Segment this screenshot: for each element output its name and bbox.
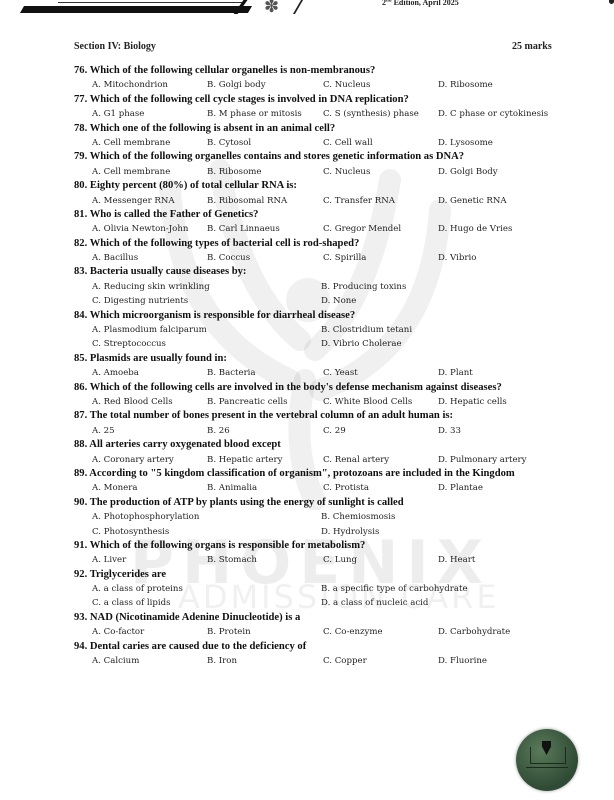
answer-option: B. Cytosol	[207, 136, 323, 150]
question-stem: 87. The total number of bones present in…	[74, 409, 574, 423]
answer-option: B. Ribosome	[207, 165, 323, 179]
answer-options: A. 25B. 26C. 29D. 33	[74, 424, 574, 438]
answer-option: C. Nucleus	[323, 78, 438, 92]
question-stem: 90. The production of ATP by plants usin…	[74, 496, 574, 510]
answer-option: B. Stomach	[207, 553, 323, 567]
header-banner-bar	[20, 6, 252, 13]
answer-option: D. Fluorine	[438, 654, 553, 668]
question-stem: 76. Which of the following cellular orga…	[74, 64, 574, 78]
answer-options: A. Olivia Newton-JohnB. Carl LinnaeusC. …	[74, 222, 574, 236]
answer-option: B. Coccus	[207, 251, 323, 265]
question-stem: 77. Which of the following cell cycle st…	[74, 93, 574, 107]
answer-options: A. G1 phaseB. M phase or mitosisC. S (sy…	[74, 107, 574, 121]
answer-options: A. AmoebaB. BacteriaC. YeastD. Plant	[74, 366, 574, 380]
answer-option: D. Pulmonary artery	[438, 453, 553, 467]
badge-caption	[526, 767, 568, 768]
answer-option: B. M phase or mitosis	[207, 107, 323, 121]
question-stem: 83. Bacteria usually cause diseases by:	[74, 265, 574, 279]
answer-options: A. Reducing skin wrinklingB. Producing t…	[74, 280, 574, 309]
answer-option: A. Amoeba	[92, 366, 207, 380]
edition-label: 2nd Edition, April 2025	[382, 0, 459, 7]
answer-option: C. S (synthesis) phase	[323, 107, 438, 121]
answer-option: C. Streptococcus	[92, 337, 321, 351]
answer-option: D. Golgi Body	[438, 165, 553, 179]
question-stem: 93. NAD (Nicotinamide Adenine Dinucleoti…	[74, 611, 574, 625]
answer-option: D. Heart	[438, 553, 553, 567]
question-stem: 85. Plasmids are usually found in:	[74, 352, 574, 366]
question-item: 90. The production of ATP by plants usin…	[74, 496, 574, 539]
answer-option: D. a class of nucleic acid	[321, 596, 550, 610]
answer-option: D. Vibrio Cholerae	[321, 337, 550, 351]
phoenix-logo-icon: ✽	[264, 0, 279, 17]
question-item: 89. According to "5 kingdom classificati…	[74, 467, 574, 496]
question-item: 84. Which microorganism is responsible f…	[74, 309, 574, 352]
answer-option: B. Iron	[207, 654, 323, 668]
answer-option: B. Bacteria	[207, 366, 323, 380]
question-item: 86. Which of the following cells are inv…	[74, 381, 574, 410]
answer-option: A. a class of proteins	[92, 582, 321, 596]
question-stem: 80. Eighty percent (80%) of total cellul…	[74, 179, 574, 193]
question-stem: 88. All arteries carry oxygenated blood …	[74, 438, 574, 452]
question-stem: 78. Which one of the following is absent…	[74, 122, 574, 136]
answer-option: C. Copper	[323, 654, 438, 668]
question-list: 76. Which of the following cellular orga…	[74, 64, 574, 668]
answer-option: B. Hepatic artery	[207, 453, 323, 467]
admission-care-badge	[516, 729, 578, 791]
answer-options: A. Red Blood CellsB. Pancreatic cellsC. …	[74, 395, 574, 409]
answer-options: A. MoneraB. AnimaliaC. ProtistaD. Planta…	[74, 481, 574, 495]
answer-option: D. Hepatic cells	[438, 395, 553, 409]
question-stem: 82. Which of the following types of bact…	[74, 237, 574, 251]
answer-option: B. Clostridium tetani	[321, 323, 550, 337]
answer-option: D. Hydrolysis	[321, 525, 550, 539]
answer-option: A. Monera	[92, 481, 207, 495]
question-stem: 92. Triglycerides are	[74, 568, 574, 582]
question-stem: 81. Who is called the Father of Genetics…	[74, 208, 574, 222]
question-item: 91. Which of the following organs is res…	[74, 539, 574, 568]
answer-option: D. Carbohydrate	[438, 625, 553, 639]
question-item: 94. Dental caries are caused due to the …	[74, 640, 574, 669]
answer-option: B. Carl Linnaeus	[207, 222, 323, 236]
answer-option: D. None	[321, 294, 550, 308]
answer-option: D. Hugo de Vries	[438, 222, 553, 236]
answer-option: A. Co-factor	[92, 625, 207, 639]
question-stem: 79. Which of the following organelles co…	[74, 150, 574, 164]
answer-option: C. Nucleus	[323, 165, 438, 179]
answer-option: A. Reducing skin wrinkling	[92, 280, 321, 294]
answer-option: C. Spirilla	[323, 251, 438, 265]
answer-option: B. a specific type of carbohydrate	[321, 582, 550, 596]
answer-option: B. Chemiosmosis	[321, 510, 550, 524]
question-stem: 86. Which of the following cells are inv…	[74, 381, 574, 395]
answer-option: A. Messenger RNA	[92, 194, 207, 208]
answer-options: A. CalciumB. IronC. CopperD. Fluorine	[74, 654, 574, 668]
answer-option: C. Yeast	[323, 366, 438, 380]
answer-option: A. Liver	[92, 553, 207, 567]
answer-option: B. 26	[207, 424, 323, 438]
answer-option: A. 25	[92, 424, 207, 438]
answer-option: C. Co-enzyme	[323, 625, 438, 639]
question-item: 93. NAD (Nicotinamide Adenine Dinucleoti…	[74, 611, 574, 640]
question-item: 79. Which of the following organelles co…	[74, 150, 574, 179]
answer-option: A. Olivia Newton-John	[92, 222, 207, 236]
answer-option: B. Golgi body	[207, 78, 323, 92]
answer-options: A. PhotophosphorylationB. ChemiosmosisC.…	[74, 510, 574, 539]
answer-option: D. C phase or cytokinesis	[438, 107, 553, 121]
answer-option: A. Calcium	[92, 654, 207, 668]
answer-option: C. Digesting nutrients	[92, 294, 321, 308]
question-stem: 91. Which of the following organs is res…	[74, 539, 574, 553]
answer-options: A. a class of proteinsB. a specific type…	[74, 582, 574, 611]
question-item: 92. Triglycerides areA. a class of prote…	[74, 568, 574, 611]
answer-options: A. Messenger RNAB. Ribosomal RNAC. Trans…	[74, 194, 574, 208]
answer-option: B. Ribosomal RNA	[207, 194, 323, 208]
answer-option: C. Renal artery	[323, 453, 438, 467]
question-item: 80. Eighty percent (80%) of total cellul…	[74, 179, 574, 208]
edition-date: Edition, April 2025	[392, 0, 459, 7]
answer-option: C. a class of lipids	[92, 596, 321, 610]
answer-option: C. White Blood Cells	[323, 395, 438, 409]
answer-option: C. Cell wall	[323, 136, 438, 150]
answer-options: A. Cell membraneB. CytosolC. Cell wallD.…	[74, 136, 574, 150]
answer-option: A. Red Blood Cells	[92, 395, 207, 409]
answer-options: A. BacillusB. CoccusC. SpirillaD. Vibrio	[74, 251, 574, 265]
answer-option: C. Photosynthesis	[92, 525, 321, 539]
answer-option: B. Animalia	[207, 481, 323, 495]
answer-option: D. Ribosome	[438, 78, 553, 92]
answer-option: D. Genetic RNA	[438, 194, 553, 208]
answer-options: A. Coronary arteryB. Hepatic arteryC. Re…	[74, 453, 574, 467]
question-item: 76. Which of the following cellular orga…	[74, 64, 574, 93]
section-title: Section IV: Biology	[74, 41, 156, 52]
answer-option: A. Cell membrane	[92, 165, 207, 179]
answer-option: C. Lung	[323, 553, 438, 567]
question-item: 85. Plasmids are usually found in:A. Amo…	[74, 352, 574, 381]
answer-option: D. Vibrio	[438, 251, 553, 265]
answer-option: A. Coronary artery	[92, 453, 207, 467]
answer-options: A. LiverB. StomachC. LungD. Heart	[74, 553, 574, 567]
answer-option: A. G1 phase	[92, 107, 207, 121]
answer-option: B. Pancreatic cells	[207, 395, 323, 409]
answer-option: B. Producing toxins	[321, 280, 550, 294]
answer-options: A. MitochondrionB. Golgi bodyC. NucleusD…	[74, 78, 574, 92]
answer-option: A. Mitochondrion	[92, 78, 207, 92]
answer-option: D. Lysosome	[438, 136, 553, 150]
question-item: 87. The total number of bones present in…	[74, 409, 574, 438]
question-item: 78. Which one of the following is absent…	[74, 122, 574, 151]
question-stem: 84. Which microorganism is responsible f…	[74, 309, 574, 323]
answer-option: C. Gregor Mendel	[323, 222, 438, 236]
answer-option: B. Protein	[207, 625, 323, 639]
answer-options: A. Co-factorB. ProteinC. Co-enzymeD. Car…	[74, 625, 574, 639]
section-marks: 25 marks	[512, 41, 552, 52]
answer-options: A. Plasmodium falciparumB. Clostridium t…	[74, 323, 574, 352]
answer-option: C. Protista	[323, 481, 438, 495]
question-item: 88. All arteries carry oxygenated blood …	[74, 438, 574, 467]
question-item: 77. Which of the following cell cycle st…	[74, 93, 574, 122]
question-item: 82. Which of the following types of bact…	[74, 237, 574, 266]
answer-option: D. Plant	[438, 366, 553, 380]
answer-option: D. Plantae	[438, 481, 553, 495]
question-item: 81. Who is called the Father of Genetics…	[74, 208, 574, 237]
answer-option: A. Photophosphorylation	[92, 510, 321, 524]
answer-options: A. Cell membraneB. RibosomeC. NucleusD. …	[74, 165, 574, 179]
page-corner-mark	[609, 0, 614, 4]
header-slash	[293, 0, 303, 14]
question-stem: 94. Dental caries are caused due to the …	[74, 640, 574, 654]
question-stem: 89. According to "5 kingdom classificati…	[74, 467, 574, 481]
answer-option: A. Bacillus	[92, 251, 207, 265]
answer-option: A. Plasmodium falciparum	[92, 323, 321, 337]
header-underline	[58, 2, 243, 3]
question-item: 83. Bacteria usually cause diseases by:A…	[74, 265, 574, 308]
answer-option: A. Cell membrane	[92, 136, 207, 150]
answer-option: C. Transfer RNA	[323, 194, 438, 208]
answer-option: D. 33	[438, 424, 553, 438]
answer-option: C. 29	[323, 424, 438, 438]
